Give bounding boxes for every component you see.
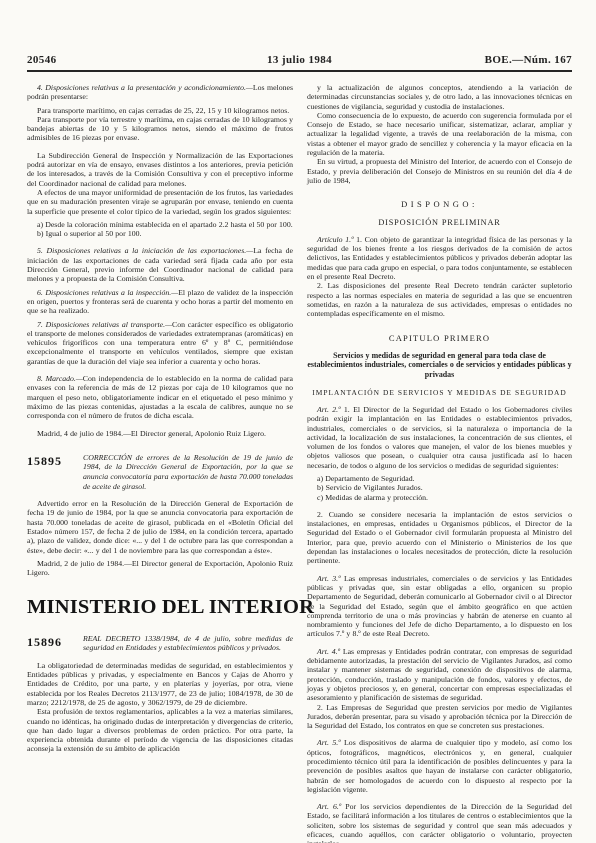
article-heading: Art. 2.º: [317, 405, 344, 414]
doc-entry-15896: 15896 REAL DECRETO 1338/1984, de 4 de ju…: [27, 634, 293, 653]
signature-line: Madrid, 4 de julio de 1984.—El Director …: [27, 429, 293, 438]
left-column: 4. Disposiciones relativas a la presenta…: [27, 83, 293, 843]
list-item: a) Departamento de Seguridad.: [307, 474, 572, 483]
doc-title: REAL DECRETO 1338/1984, de 4 de julio, s…: [83, 634, 293, 653]
implantacion-heading: IMPLANTACIÓN DE SERVICIOS Y MEDIDAS DE S…: [307, 388, 572, 397]
paragraph: Art. 5.º Los dispositivos de alarma de c…: [307, 738, 572, 794]
clause-heading: 7. Disposiciones relativas al transporte…: [37, 320, 172, 329]
clause-heading: 6. Disposiciones relativas a la inspecci…: [37, 288, 178, 297]
chapter-title: Servicios y medidas de seguridad en gene…: [307, 351, 572, 380]
paragraph: Art. 3.º Las empresas industriales, come…: [307, 574, 572, 639]
paragraph: En su virtud, a propuesta del Ministro d…: [307, 157, 572, 185]
paragraph: y la actualización de algunos conceptos,…: [307, 83, 572, 111]
ministry-heading: MINISTERIO DEL INTERIOR: [27, 596, 293, 619]
paragraph: Esta profusión de textos reglamentarios,…: [27, 707, 293, 753]
header-date: 13 julio 1984: [27, 54, 572, 66]
article-heading: Art. 3.º: [317, 574, 344, 583]
paragraph: Art. 4.º Las empresas y Entidades podrán…: [307, 647, 572, 703]
paragraph: Para transporte por vía terrestre y marí…: [27, 115, 293, 143]
clause-heading: 5. Disposiciones relativas a la iniciaci…: [37, 246, 253, 255]
preliminar-heading: DISPOSICIÓN PRELIMINAR: [307, 218, 572, 227]
right-column: y la actualización de algunos conceptos,…: [307, 83, 572, 843]
article-text: Las empresas y Entidades podrán contrata…: [307, 647, 572, 702]
paragraph: Art. 2.º 1. El Director de la Seguridad …: [307, 405, 572, 470]
article-heading: Art. 4.º: [317, 647, 343, 656]
content-columns: 4. Disposiciones relativas a la presenta…: [27, 83, 572, 843]
header-rule: [27, 70, 572, 72]
paragraph: 8. Marcado.—Con independencia de lo esta…: [27, 374, 293, 420]
boe-page: 20546 13 julio 1984 BOE.—Núm. 167 4. Dis…: [0, 0, 596, 843]
paragraph: 2. Las disposiciones del presente Real D…: [307, 281, 572, 318]
paragraph: Advertido error en la Resolución de la D…: [27, 499, 293, 555]
article-text: Por los servicios dependientes de la Dir…: [307, 802, 572, 843]
clause-heading: 8. Marcado.—: [37, 374, 83, 383]
article-heading: Artículo 1.º: [317, 235, 356, 244]
clause-heading: 4. Disposiciones relativas a la presenta…: [37, 83, 253, 92]
article-heading: Art. 6.º: [317, 802, 345, 811]
list-item: b) Igual o superior al 50 por 100.: [27, 229, 293, 238]
page-header: 20546 13 julio 1984 BOE.—Núm. 167: [27, 54, 572, 66]
paragraph: 5. Disposiciones relativas a la iniciaci…: [27, 246, 293, 283]
doc-number: 15896: [27, 635, 71, 650]
paragraph: La obligatoriedad de determinadas medida…: [27, 661, 293, 707]
article-text: Las empresas industriales, comerciales o…: [307, 574, 572, 639]
article-text: Los dispositivos de alarma de cualquier …: [307, 738, 572, 793]
article-heading: Art. 5.º: [317, 738, 344, 747]
signature-line: Madrid, 2 de julio de 1984.—El Director …: [27, 559, 293, 578]
paragraph: Para transporte marítimo, en cajas cerra…: [27, 106, 293, 115]
capitulo-heading: CAPITULO PRIMERO: [307, 334, 572, 343]
doc-title: CORRECCIÓN de errores de la Resolución d…: [83, 453, 293, 491]
paragraph: A efectos de una mayor uniformidad de pr…: [27, 188, 293, 216]
list-item: a) Desde la coloración mínima establecid…: [27, 220, 293, 229]
doc-entry-15895: 15895 CORRECCIÓN de errores de la Resolu…: [27, 453, 293, 491]
paragraph: La Subdirección General de Inspección y …: [27, 151, 293, 188]
doc-number: 15895: [27, 454, 71, 469]
dispongo-heading: DISPONGO:: [307, 200, 572, 209]
paragraph: 7. Disposiciones relativas al transporte…: [27, 320, 293, 366]
paragraph: Art. 6.º Por los servicios dependientes …: [307, 802, 572, 843]
paragraph: 6. Disposiciones relativas a la inspecci…: [27, 288, 293, 316]
paragraph: 2. Las Empresas de Seguridad que presten…: [307, 703, 572, 731]
list-item: c) Medidas de alarma y protección.: [307, 493, 572, 502]
article-text: 1. El Director de la Seguridad del Estad…: [307, 405, 572, 470]
list-item: b) Servicio de Vigilantes Jurados.: [307, 483, 572, 492]
paragraph: 2. Cuando se considere necesaria la impl…: [307, 510, 572, 566]
paragraph: Artículo 1.º 1. Con objeto de garantizar…: [307, 235, 572, 281]
paragraph: Como consecuencia de lo expuesto, de acu…: [307, 111, 572, 157]
paragraph: 4. Disposiciones relativas a la presenta…: [27, 83, 293, 102]
